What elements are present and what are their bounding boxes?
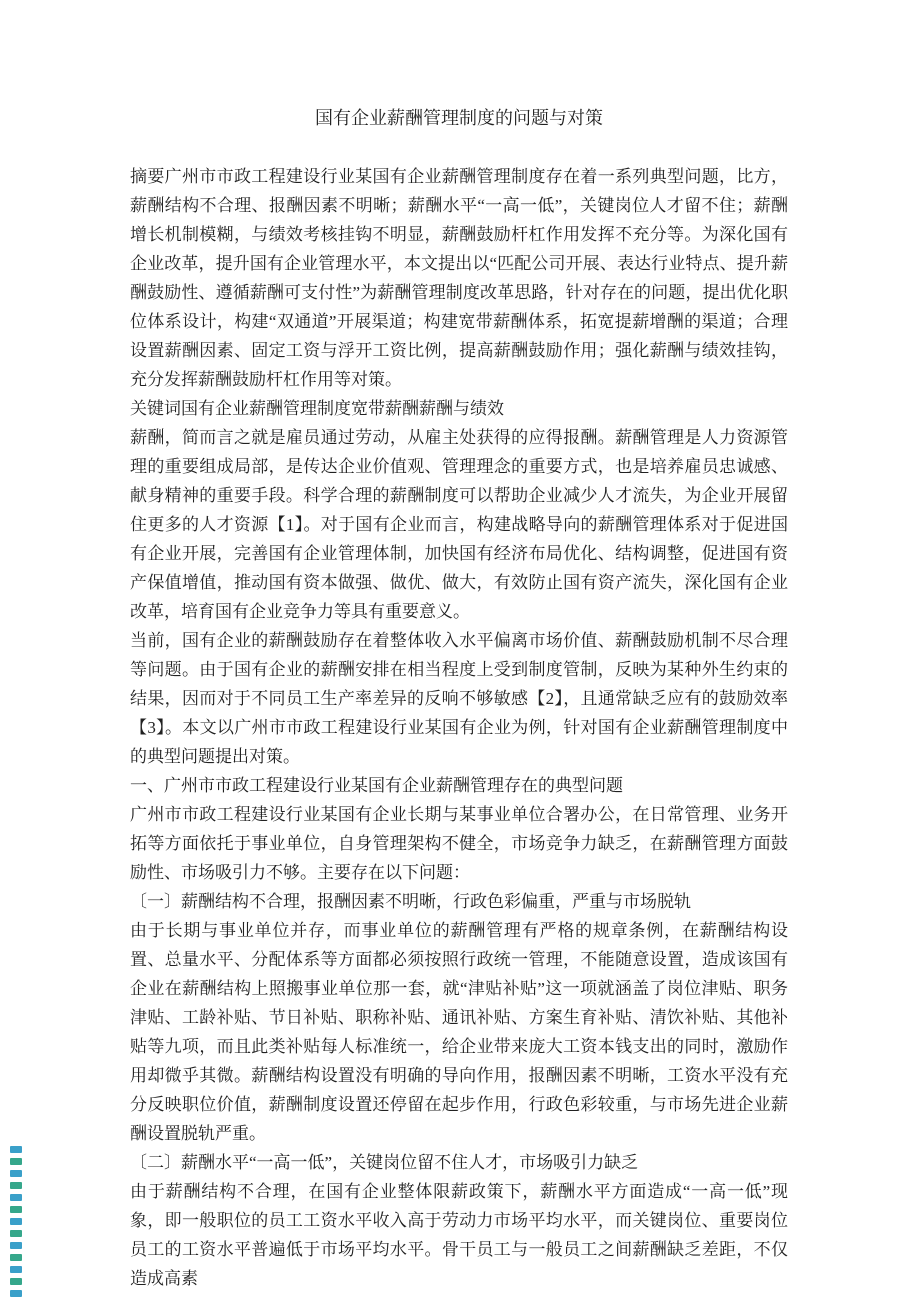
edge-dash <box>10 1254 22 1261</box>
edge-dash <box>10 1266 22 1273</box>
document-body: 国有企业薪酬管理制度的问题与对策 摘要广州市市政工程建设行业某国有企业薪酬管理制… <box>130 104 788 1293</box>
section-1-intro: 广州市市政工程建设行业某国有企业长期与某事业单位合署办公，在日常管理、业务开拓等… <box>130 800 788 887</box>
edge-dash <box>10 1170 22 1177</box>
edge-dash <box>10 1194 22 1201</box>
edge-dash <box>10 1182 22 1189</box>
page-edge-decoration <box>10 1146 22 1302</box>
subsection-1-heading: 〔一〕薪酬结构不合理，报酬因素不明晰，行政色彩偏重，严重与市场脱轨 <box>130 887 788 916</box>
edge-dash <box>10 1278 22 1285</box>
edge-dash <box>10 1218 22 1225</box>
document-page: 国有企业薪酬管理制度的问题与对策 摘要广州市市政工程建设行业某国有企业薪酬管理制… <box>0 0 920 1302</box>
edge-dash <box>10 1158 22 1165</box>
section-1-heading: 一、广州市市政工程建设行业某国有企业薪酬管理存在的典型问题 <box>130 771 788 800</box>
paragraph-keywords: 关键词国有企业薪酬管理制度宽带薪酬薪酬与绩效 <box>130 394 788 423</box>
edge-dash <box>10 1206 22 1213</box>
paragraph-intro-2: 当前，国有企业的薪酬鼓励存在着整体收入水平偏离市场价值、薪酬鼓励机制不尽合理等问… <box>130 626 788 771</box>
paragraph-abstract: 摘要广州市市政工程建设行业某国有企业薪酬管理制度存在着一系列典型问题，比方，薪酬… <box>130 162 788 394</box>
subsection-2-body: 由于薪酬结构不合理，在国有企业整体限薪政策下，薪酬水平方面造成“一高一低”现象，… <box>130 1177 788 1293</box>
edge-dash <box>10 1146 22 1153</box>
subsection-2-heading: 〔二〕薪酬水平“一高一低”，关键岗位留不住人才，市场吸引力缺乏 <box>130 1148 788 1177</box>
subsection-1-body: 由于长期与事业单位并存，而事业单位的薪酬管理有严格的规章条例，在薪酬结构设置、总… <box>130 916 788 1148</box>
edge-dash <box>10 1230 22 1237</box>
document-title: 国有企业薪酬管理制度的问题与对策 <box>130 104 788 162</box>
edge-dash <box>10 1242 22 1249</box>
paragraph-intro-1: 薪酬，简而言之就是雇员通过劳动，从雇主处获得的应得报酬。薪酬管理是人力资源管理的… <box>130 423 788 626</box>
edge-dash <box>10 1290 22 1297</box>
